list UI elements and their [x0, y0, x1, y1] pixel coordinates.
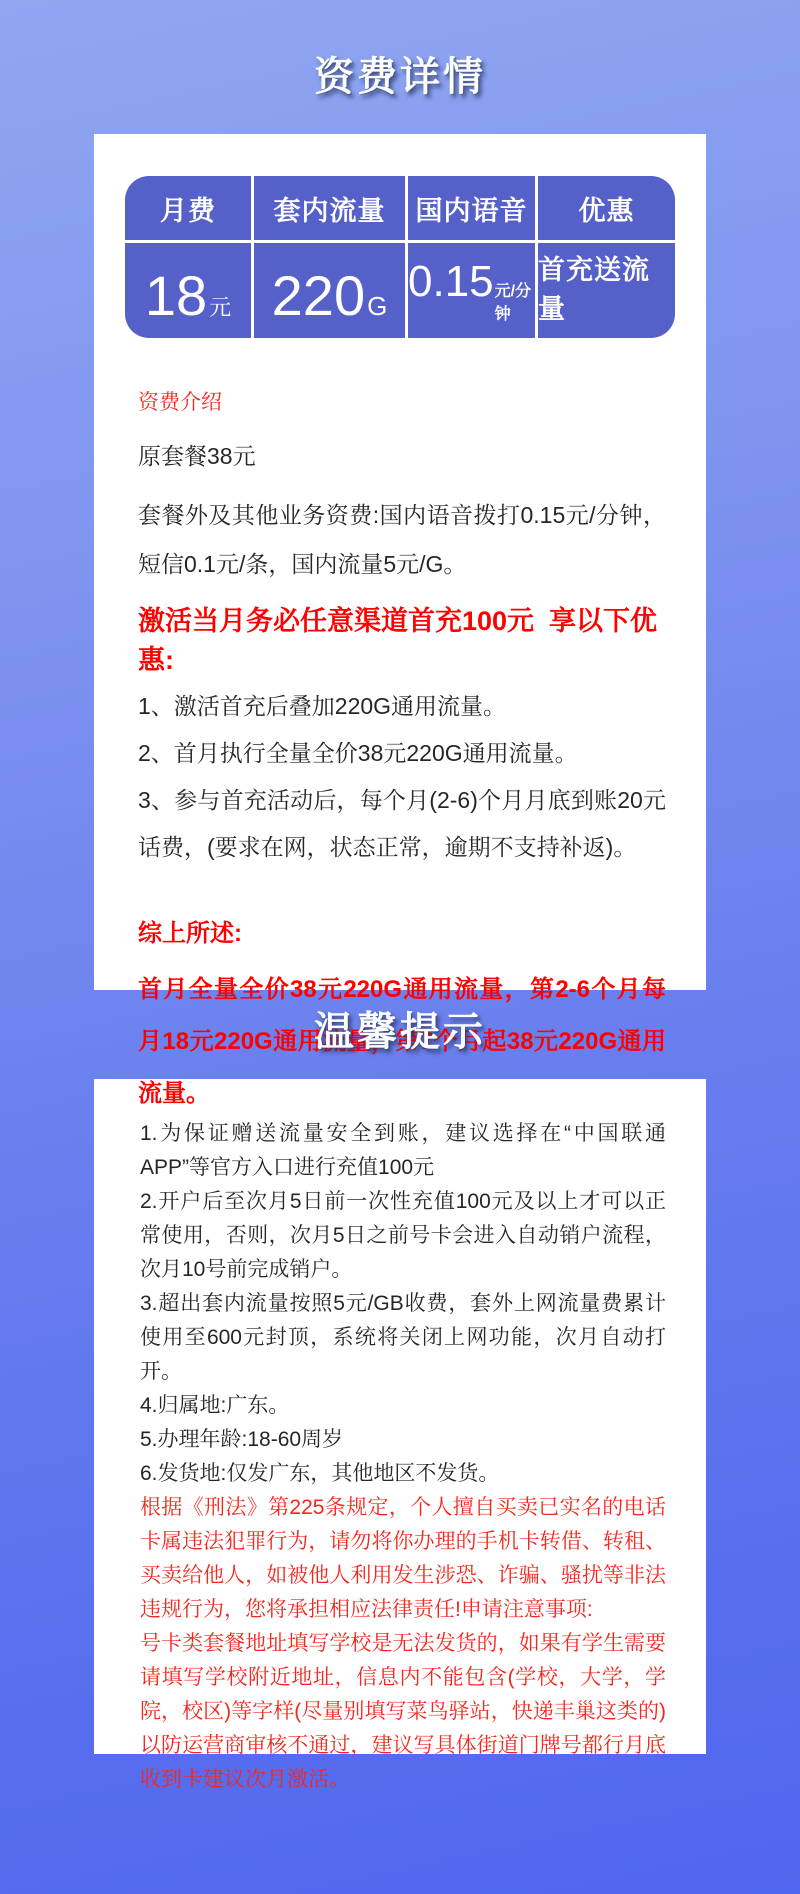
tip-item-6: 6.发货地:仅发广东，其他地区不发货。 [140, 1457, 666, 1491]
data-amount-unit: G [367, 291, 387, 322]
original-plan-price: 原套餐38元 [138, 438, 666, 471]
tip-item-4: 4.归属地:广东。 [140, 1389, 666, 1423]
table-header-monthly-fee: 月费 [125, 176, 251, 240]
table-header-included-data: 套内流量 [254, 176, 405, 240]
table-value-discount: 首充送流量 [538, 243, 675, 338]
tariff-intro-label: 资费介绍 [138, 386, 666, 416]
tip-item-3: 3.超出套内流量按照5元/GB收费，套外上网流量费累计使用至600元封顶，系统将… [140, 1287, 666, 1389]
tip-item-2: 2.开户后至次月5日前一次性充值100元及以上才可以正常使用，否则，次月5日之前… [140, 1185, 666, 1287]
benefit-item-1: 1、激活首充后叠加220G通用流量。 [138, 683, 666, 730]
extra-fees-text: 套餐外及其他业务资费:国内语音拨打0.15元/分钟，短信0.1元/条，国内流量5… [138, 491, 666, 589]
plan-promo-page: 资费详情 月费 套内流量 国内语音 优惠 18 元 220 G 0.1 [0, 0, 800, 1894]
address-warning-text: 号卡类套餐地址填写学校是无法发货的，如果有学生需要请填写学校附近地址，信息内不能… [140, 1627, 666, 1797]
voice-rate-number: 0.15 [408, 260, 494, 304]
tips-card: 1.为保证赠送流量安全到账，建议选择在“中国联通APP”等官方入口进行充值100… [94, 1079, 706, 1754]
table-header-domestic-voice: 国内语音 [408, 176, 535, 240]
plan-table: 月费 套内流量 国内语音 优惠 18 元 220 G 0.15 元/分钟 [125, 176, 675, 338]
table-header-discount: 优惠 [538, 176, 675, 240]
voice-rate-unit: 元/分钟 [495, 278, 535, 324]
tips-list: 1.为保证赠送流量安全到账，建议选择在“中国联通APP”等官方入口进行充值100… [140, 1117, 666, 1491]
data-amount-number: 220 [272, 268, 365, 324]
tariff-card: 月费 套内流量 国内语音 优惠 18 元 220 G 0.15 元/分钟 [94, 134, 706, 990]
monthly-fee-unit: 元 [209, 291, 231, 322]
table-value-monthly-fee: 18 元 [125, 243, 251, 338]
activation-heading: 激活当月务必任意渠道首充100元 享以下优惠: [138, 599, 666, 677]
tip-item-1: 1.为保证赠送流量安全到账，建议选择在“中国联通APP”等官方入口进行充值100… [140, 1117, 666, 1185]
table-value-included-data: 220 G [254, 243, 405, 338]
warm-tips-title: 温馨提示 [0, 1010, 800, 1054]
tip-item-5: 5.办理年龄:18-60周岁 [140, 1423, 666, 1457]
benefit-item-2: 2、首月执行全量全价38元220G通用流量。 [138, 730, 666, 777]
monthly-fee-number: 18 [145, 268, 207, 324]
benefit-item-3: 3、参与首充活动后，每个月(2-6)个月月底到账20元话费，(要求在网，状态正常… [138, 777, 666, 871]
summary-label: 综上所述: [138, 913, 666, 948]
benefit-list: 1、激活首充后叠加220G通用流量。 2、首月执行全量全价38元220G通用流量… [138, 683, 666, 871]
discount-text: 首充送流量 [538, 248, 675, 334]
legal-warning-text: 根据《刑法》第225条规定，个人擅自买卖已实名的电话卡属违法犯罪行为，请勿将你办… [140, 1491, 666, 1627]
tariff-details-title: 资费详情 [0, 55, 800, 99]
table-value-voice-rate: 0.15 元/分钟 [408, 243, 535, 338]
